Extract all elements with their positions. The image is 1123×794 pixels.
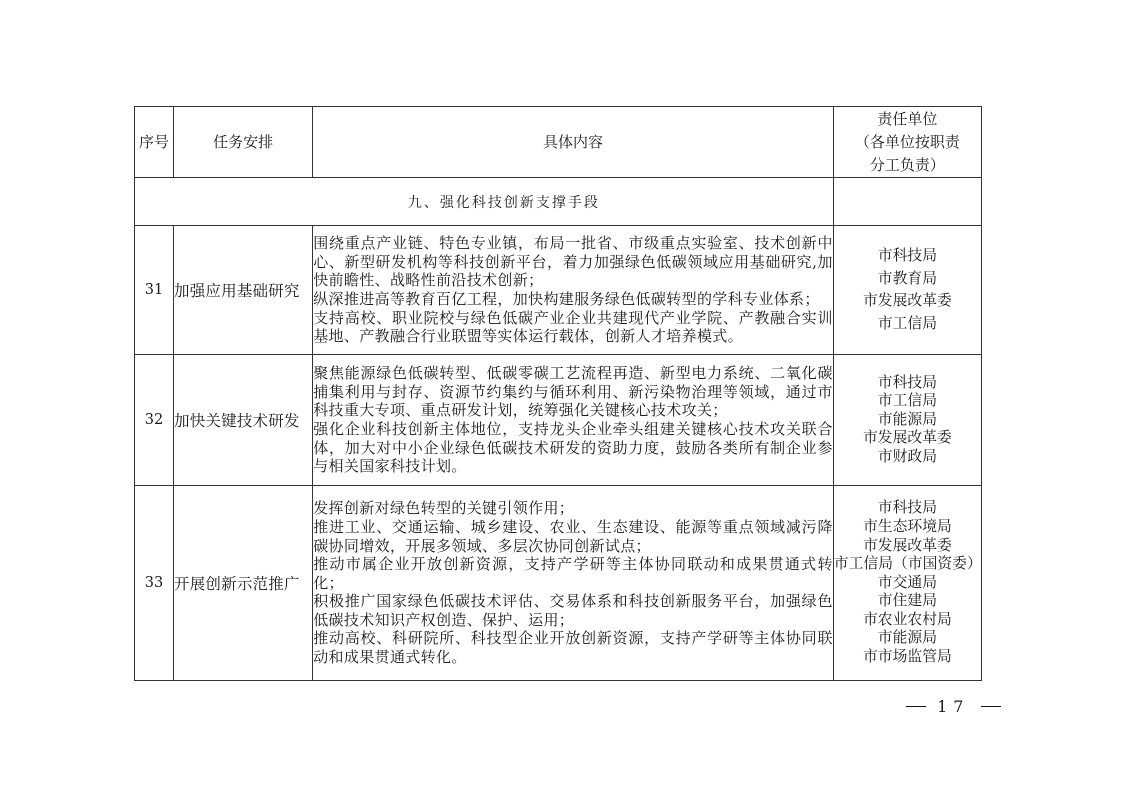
unit-name: 市工信局 [834, 392, 981, 411]
content-paragraph: 积极推广国家绿色低碳技术评估、交易体系和科技创新服务平台，加强绿色低碳技术知识产… [313, 592, 833, 629]
unit-name: 市发展改革委 [834, 429, 981, 448]
task-content: 发挥创新对绿色转型的关键引领作用； 推进工业、交通运输、城乡建设、农业、生态建设… [313, 486, 834, 681]
unit-name: 市发展改革委 [834, 290, 981, 313]
page-number-value: 17 [937, 697, 969, 716]
unit-name: 市发展改革委 [834, 537, 981, 556]
content-paragraph: 推动高校、科研院所、科技型企业开放创新资源，支持产学研等主体协同联动和成果贯通式… [313, 629, 833, 666]
task-name: 加强应用基础研究 [174, 226, 313, 355]
table-header-row: 序号 任务安排 具体内容 责任单位 （各单位按职责 分工负责） [135, 107, 982, 178]
content-paragraph: 围绕重点产业链、特色专业镇，布局一批省、市级重点实验室、技术创新中心、新型研发机… [313, 234, 833, 290]
header-unit-line: （各单位按职责 [834, 131, 981, 154]
table-row: 33 开展创新示范推广 发挥创新对绿色转型的关键引领作用； 推进工业、交通运输、… [135, 486, 982, 681]
unit-name: 市生态环境局 [834, 518, 981, 537]
unit-name: 市科技局 [834, 374, 981, 393]
section-empty-cell [833, 178, 981, 226]
section-title-cell: 九、强化科技创新支撑手段 [135, 178, 834, 226]
table-row: 31 加强应用基础研究 围绕重点产业链、特色专业镇，布局一批省、市级重点实验室、… [135, 226, 982, 355]
responsible-units: 市科技局 市生态环境局 市发展改革委 市工信局（市国资委） 市交通局 市住建局 … [833, 486, 981, 681]
document-page: 序号 任务安排 具体内容 责任单位 （各单位按职责 分工负责） 九、强化科技创新… [0, 0, 1123, 794]
section-row: 九、强化科技创新支撑手段 [135, 178, 982, 226]
unit-name: 市教育局 [834, 268, 981, 291]
content-paragraph: 强化企业科技创新主体地位，支持龙头企业牵头组建关键核心技术攻关联合体，加大对中小… [313, 420, 833, 476]
header-unit-line: 责任单位 [834, 108, 981, 131]
unit-name: 市住建局 [834, 592, 981, 611]
unit-name: 市科技局 [834, 499, 981, 518]
section-title: 九、强化科技创新支撑手段 [368, 195, 600, 211]
row-number: 32 [135, 355, 174, 486]
content-paragraph: 推动市属企业开放创新资源，支持产学研等主体协同联动和成果贯通式转化； [313, 555, 833, 592]
unit-name: 市能源局 [834, 411, 981, 430]
header-responsible-unit: 责任单位 （各单位按职责 分工负责） [833, 107, 981, 178]
content-paragraph: 纵深推进高等教育百亿工程，加快构建服务绿色低碳转型的学科专业体系； [313, 290, 833, 309]
unit-name: 市农业农村局 [834, 611, 981, 630]
content-paragraph: 推进工业、交通运输、城乡建设、农业、生态建设、能源等重点领域减污降碳协同增效，开… [313, 518, 833, 555]
task-table: 序号 任务安排 具体内容 责任单位 （各单位按职责 分工负责） 九、强化科技创新… [134, 106, 982, 681]
unit-name: 市交通局 [834, 574, 981, 593]
task-content: 聚焦能源绿色低碳转型、低碳零碳工艺流程再造、新型电力系统、二氧化碳捕集利用与封存… [313, 355, 834, 486]
unit-name: 市财政局 [834, 448, 981, 467]
table-row: 32 加快关键技术研发 聚焦能源绿色低碳转型、低碳零碳工艺流程再造、新型电力系统… [135, 355, 982, 486]
row-number: 33 [135, 486, 174, 681]
dash-left [906, 706, 926, 708]
dash-right [981, 706, 1001, 708]
header-unit-line: 分工负责） [834, 154, 981, 177]
page-number: 17 [906, 697, 1001, 716]
unit-name: 市市场监管局 [834, 648, 981, 667]
header-content: 具体内容 [313, 107, 834, 178]
task-content: 围绕重点产业链、特色专业镇，布局一批省、市级重点实验室、技术创新中心、新型研发机… [313, 226, 834, 355]
content-paragraph: 聚焦能源绿色低碳转型、低碳零碳工艺流程再造、新型电力系统、二氧化碳捕集利用与封存… [313, 364, 833, 420]
unit-name: 市工信局 [834, 313, 981, 336]
content-paragraph: 发挥创新对绿色转型的关键引领作用； [313, 499, 833, 518]
unit-name: 市工信局（市国资委） [834, 555, 981, 574]
row-number: 31 [135, 226, 174, 355]
task-name: 开展创新示范推广 [174, 486, 313, 681]
header-task: 任务安排 [174, 107, 313, 178]
unit-name: 市科技局 [834, 245, 981, 268]
header-no: 序号 [135, 107, 174, 178]
responsible-units: 市科技局 市教育局 市发展改革委 市工信局 [833, 226, 981, 355]
unit-name: 市能源局 [834, 629, 981, 648]
content-paragraph: 支持高校、职业院校与绿色低碳产业企业共建现代产业学院、产教融合实训基地、产教融合… [313, 309, 833, 346]
responsible-units: 市科技局 市工信局 市能源局 市发展改革委 市财政局 [833, 355, 981, 486]
task-name: 加快关键技术研发 [174, 355, 313, 486]
